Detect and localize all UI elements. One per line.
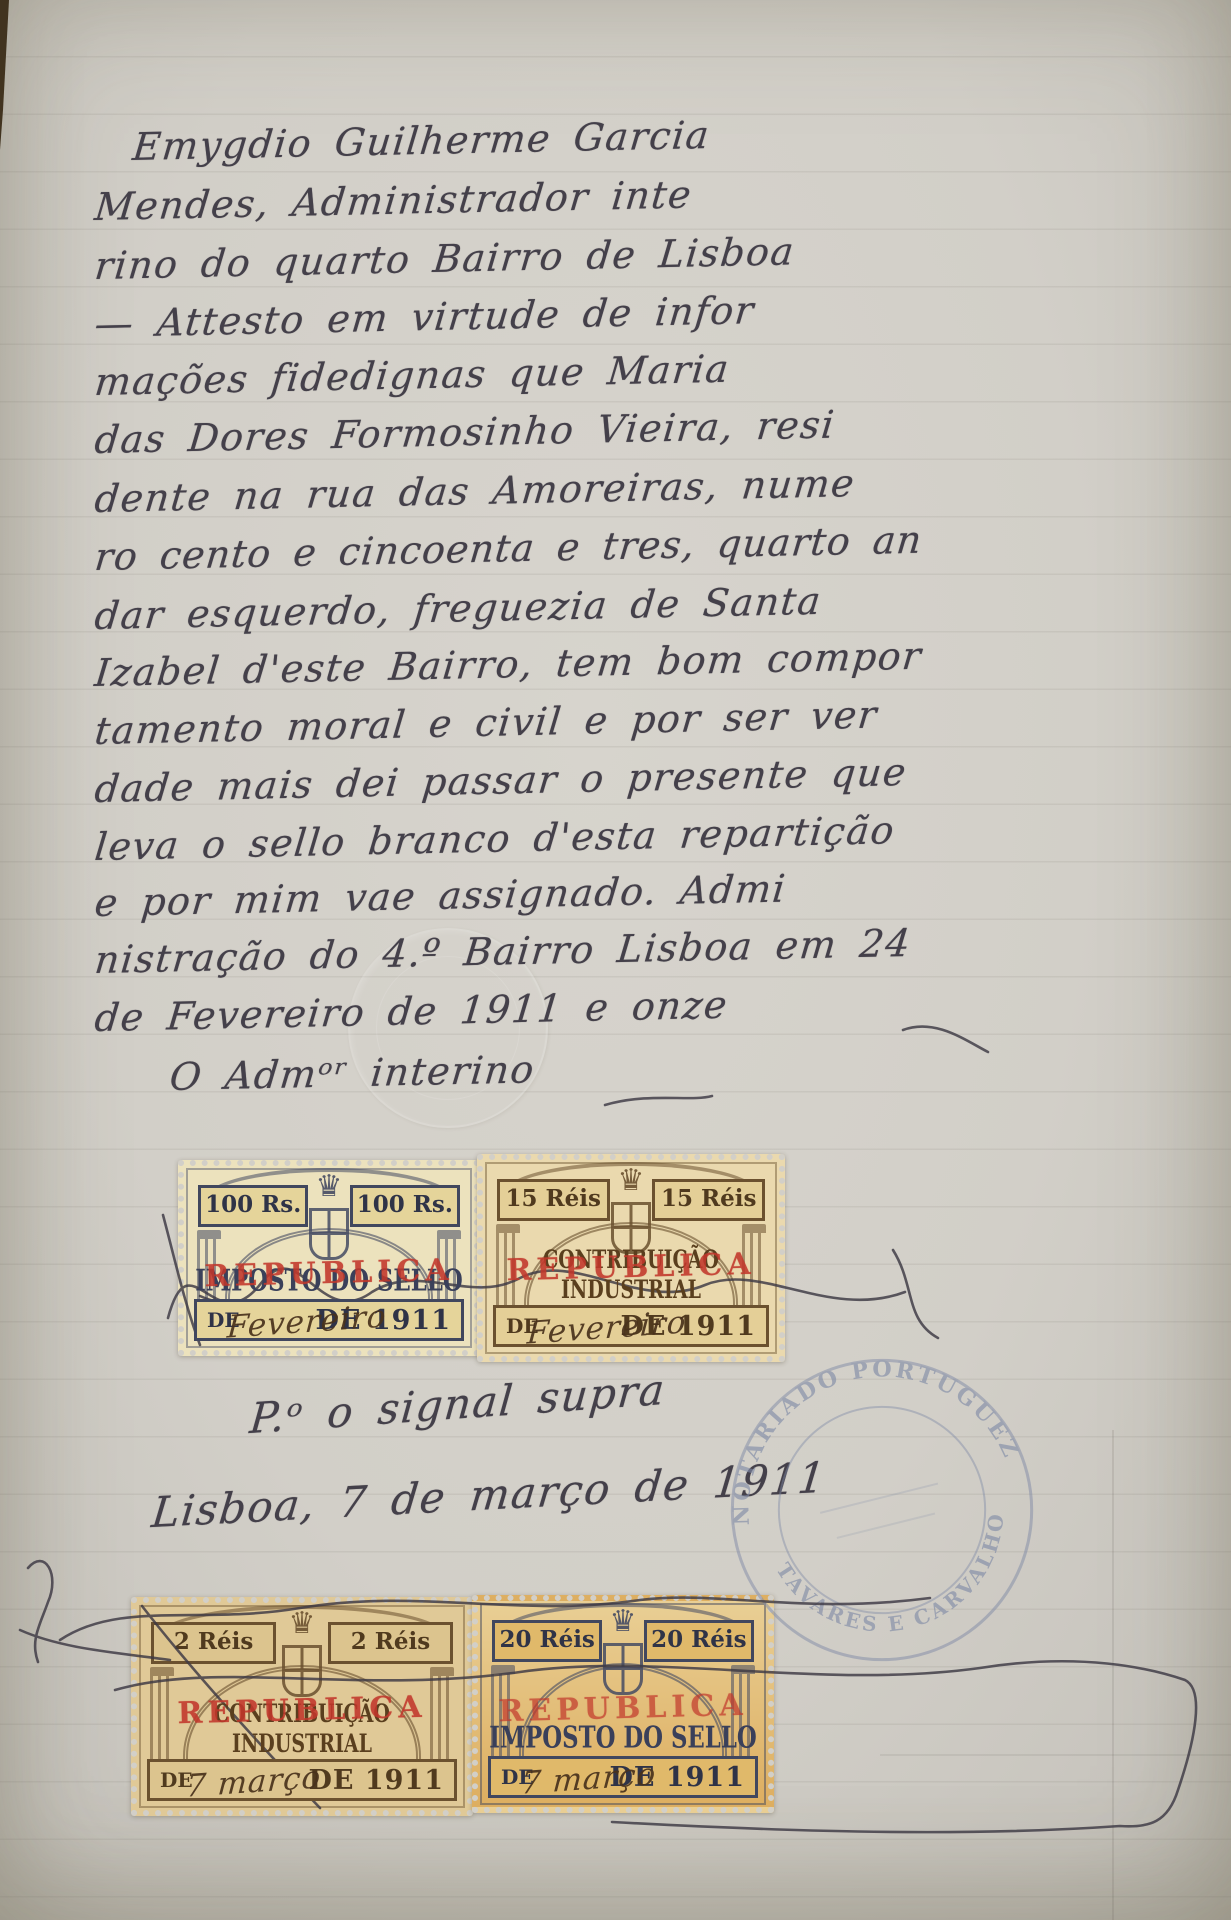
handwritten-line: dar esquerdo, freguezia de Santa [93, 579, 957, 635]
handwritten-line: nistração do 4.º Bairro Lisboa em 24 [93, 923, 957, 979]
signature-hook [893, 1250, 938, 1338]
republica-overprint: REPUBLICA [482, 1687, 765, 1729]
handwritten-line: de Fevereiro de 1911 e onze [93, 981, 957, 1037]
handwritten-line: rino do quarto Bairro de Lisboa [93, 229, 957, 285]
revenue-stamp-20reis: ♛ 20 Réis 20 Réis REPUBLICA IMPOSTO DO S… [472, 1595, 774, 1813]
handwritten-line: e por mim vae assignado. Admi [93, 866, 957, 922]
stamp-value-left: 15 Réis [497, 1179, 610, 1221]
handwritten-line: dade mais dei passar o presente que [93, 752, 957, 808]
handwritten-line: mações fidedignas que Maria [93, 345, 957, 401]
handwritten-line: Mendes, Administrador inte [93, 170, 957, 226]
stamp-value-left: 20 Réis [492, 1620, 602, 1662]
handwritten-line: das Dores Formosinho Vieira, resi [93, 403, 957, 459]
paper-crease-horizontal [880, 1754, 1231, 1756]
handwritten-line: dente na rua das Amoreiras, nume [93, 462, 957, 518]
stamp-value-right: 20 Réis [644, 1620, 754, 1662]
stamp-value-right: 15 Réis [652, 1179, 765, 1221]
republica-overprint: REPUBLICA [188, 1252, 471, 1294]
handwritten-line: Izabel d'este Bairro, tem bom compor [93, 636, 957, 692]
margin-paraph [28, 1561, 52, 1662]
stamp-value-left: 2 Réis [151, 1622, 276, 1664]
handwritten-line: Emygdio Guilherme Garcia [131, 110, 995, 166]
revenue-stamp-100rs: ♛ 100 Rs. 100 Rs. REPUBLICA IMPOSTO DO S… [178, 1160, 480, 1356]
coat-of-arms-icon [603, 1643, 643, 1695]
notary-place-date-line: Lisboa, 7 de março de 1911 [150, 1447, 1013, 1534]
stamp-value-left: 100 Rs. [198, 1185, 308, 1227]
flourish-after-interino [605, 1096, 712, 1105]
handwritten-line: ro cento e cincoenta e tres, quarto an [93, 520, 957, 576]
revenue-stamp-2reis: ♛ 2 Réis 2 Réis REPUBLICA CONTRIBUIÇÃO I… [131, 1597, 473, 1816]
stamp-frame: ♛ 100 Rs. 100 Rs. REPUBLICA IMPOSTO DO S… [186, 1168, 472, 1348]
svg-text:TAVARES E CARVALHO: TAVARES E CARVALHO [769, 1505, 1031, 1663]
stamp-value-right: 2 Réis [328, 1622, 453, 1664]
coat-of-arms-icon [282, 1645, 322, 1697]
stamp-value-right: 100 Rs. [350, 1185, 460, 1227]
document-photo: Emygdio Guilherme Garcia Mendes, Adminis… [0, 0, 1231, 1920]
coat-of-arms-icon [309, 1208, 349, 1260]
handwritten-signoff: O Admᵒʳ interino [168, 1040, 1032, 1096]
handwritten-line: tamento moral e civil e por ser ver [93, 694, 957, 750]
table-edge-corner [0, 0, 12, 150]
stamp-frame: ♛ 20 Réis 20 Réis REPUBLICA IMPOSTO DO S… [480, 1603, 766, 1805]
stamp-frame: ♛ 15 Réis 15 Réis REPUBLICA CONTRIBUIÇÃO… [485, 1162, 777, 1354]
revenue-stamp-15reis: ♛ 15 Réis 15 Réis REPUBLICA CONTRIBUIÇÃO… [477, 1154, 785, 1362]
paper-crease-vertical [1112, 1430, 1114, 1920]
handwritten-line: — Attesto em virtude de infor [93, 287, 957, 343]
date-suffix: DE 1911 [308, 1765, 444, 1796]
seal-bottom-text: TAVARES E CARVALHO [769, 1505, 1031, 1663]
handwritten-line: leva o sello branco d'esta repartição [93, 810, 957, 866]
stamp-frame: ♛ 2 Réis 2 Réis REPUBLICA CONTRIBUIÇÃO I… [139, 1605, 465, 1808]
